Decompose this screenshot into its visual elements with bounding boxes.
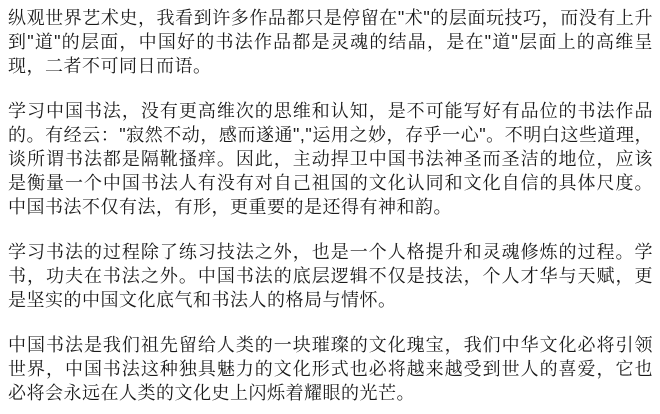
essay-text-body: 纵观世界艺术史，我看到许多作品都只是停留在"术"的层面玩技巧，而没有上升到"道"… [0, 0, 660, 405]
paragraph-learning-calligraphy: 学习中国书法，没有更高维次的思维和认知，是不可能写好有品位的书法作品的。有经云：… [8, 99, 653, 219]
paragraph-art-vs-dao: 纵观世界艺术史，我看到许多作品都只是停留在"术"的层面玩技巧，而没有上升到"道"… [8, 6, 653, 78]
paragraph-character-cultivation: 学习书法的过程除了练习技法之外，也是一个人格提升和灵魂修炼的过程。学书，功夫在书… [8, 240, 653, 312]
paragraph-cultural-treasure: 中国书法是我们祖先留给人类的一块璀璨的文化瑰宝，我们中华文化必将引领世界，中国书… [8, 333, 653, 405]
